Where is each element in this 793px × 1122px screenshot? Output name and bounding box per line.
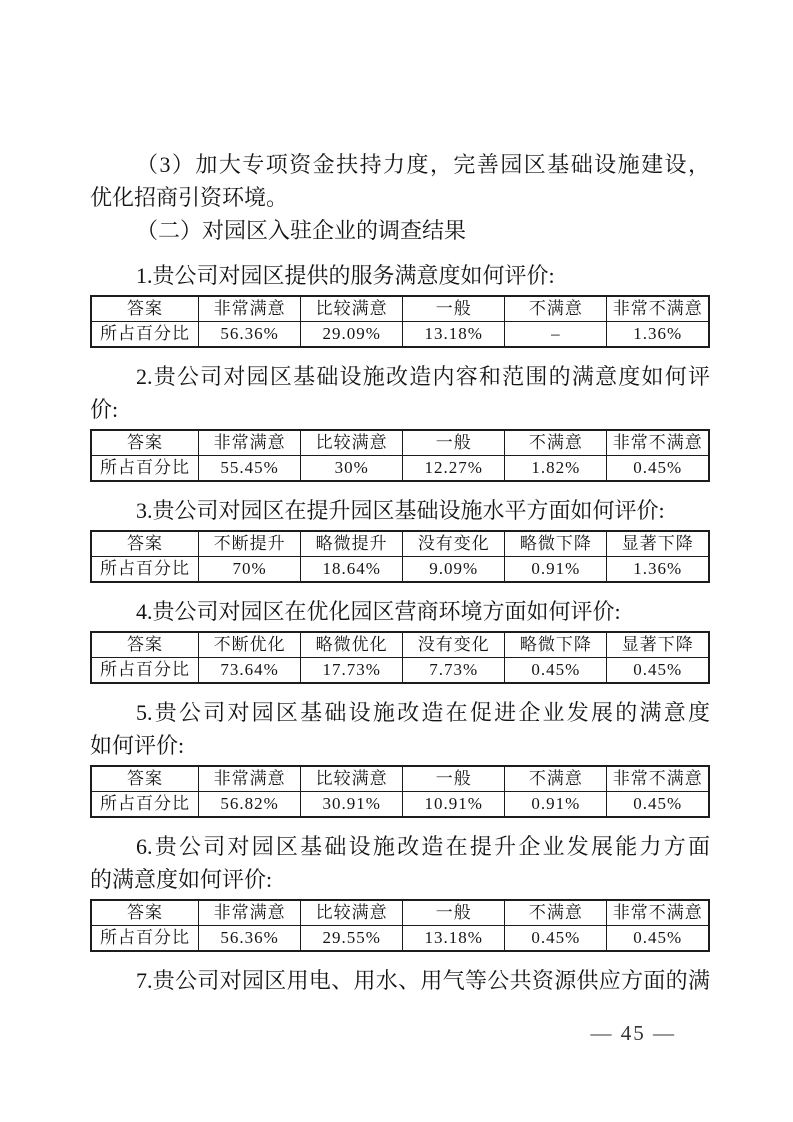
table-value-cell: 56.36%: [199, 926, 301, 952]
table-header-cell: 非常不满意: [607, 296, 709, 322]
survey-table-1: 答案 非常满意 比较满意 一般 不满意 非常不满意 所占百分比 56.36% 2…: [90, 295, 710, 348]
table-value-row: 所占百分比 56.82% 30.91% 10.91% 0.91% 0.45%: [91, 792, 709, 818]
table-value-cell: 56.82%: [199, 792, 301, 818]
table-header-row: 答案 不断优化 略微优化 没有变化 略微下降 显著下降: [91, 632, 709, 658]
table-value-row: 所占百分比 56.36% 29.09% 13.18% – 1.36%: [91, 322, 709, 348]
table-header-cell: 非常不满意: [607, 900, 709, 926]
percentage-label-cell: 所占百分比: [91, 658, 199, 684]
question-block-5: 5.贵公司对园区基础设施改造在促进企业发展的满意度 如何评价: 答案 非常满意 …: [90, 696, 710, 818]
percentage-label-cell: 所占百分比: [91, 456, 199, 482]
table-value-cell: 18.64%: [301, 557, 403, 583]
survey-table-2: 答案 非常满意 比较满意 一般 不满意 非常不满意 所占百分比 55.45% 3…: [90, 429, 710, 482]
table-value-cell: 0.45%: [607, 658, 709, 684]
table-value-cell: 1.82%: [505, 456, 607, 482]
table-header-cell: 不满意: [505, 296, 607, 322]
table-header-cell: 一般: [403, 766, 505, 792]
answer-label-cell: 答案: [91, 296, 199, 322]
paragraph-3-line-2: 优化招商引资环境。: [90, 181, 710, 214]
question-7-text: 7.贵公司对园区用电、用水、用气等公共资源供应方面的满: [90, 964, 710, 997]
paragraph-3-line-1: （3）加大专项资金扶持力度，完善园区基础设施建设，: [90, 148, 710, 181]
table-value-cell: 73.64%: [199, 658, 301, 684]
table-header-cell: 略微优化: [301, 632, 403, 658]
table-header-cell: 比较满意: [301, 766, 403, 792]
table-value-cell: 0.45%: [607, 792, 709, 818]
table-header-cell: 不满意: [505, 900, 607, 926]
question-2-text-line-2: 价:: [90, 393, 710, 426]
survey-table-6: 答案 非常满意 比较满意 一般 不满意 非常不满意 所占百分比 56.36% 2…: [90, 899, 710, 952]
table-value-cell: 0.91%: [505, 557, 607, 583]
table-header-cell: 非常不满意: [607, 430, 709, 456]
table-header-cell: 非常不满意: [607, 766, 709, 792]
table-value-row: 所占百分比 55.45% 30% 12.27% 1.82% 0.45%: [91, 456, 709, 482]
question-6-text-line-1: 6.贵公司对园区基础设施改造在提升企业发展能力方面: [90, 830, 710, 863]
question-block-6: 6.贵公司对园区基础设施改造在提升企业发展能力方面 的满意度如何评价: 答案 非…: [90, 830, 710, 952]
table-value-cell: 10.91%: [403, 792, 505, 818]
table-value-row: 所占百分比 70% 18.64% 9.09% 0.91% 1.36%: [91, 557, 709, 583]
table-header-cell: 略微提升: [301, 531, 403, 557]
table-value-cell: 0.45%: [607, 456, 709, 482]
question-block-3: 3.贵公司对园区在提升园区基础设施水平方面如何评价: 答案 不断提升 略微提升 …: [90, 494, 710, 583]
table-value-cell: –: [505, 322, 607, 348]
table-header-cell: 略微下降: [505, 531, 607, 557]
table-header-row: 答案 非常满意 比较满意 一般 不满意 非常不满意: [91, 900, 709, 926]
percentage-label-cell: 所占百分比: [91, 557, 199, 583]
answer-label-cell: 答案: [91, 632, 199, 658]
table-value-row: 所占百分比 56.36% 29.55% 13.18% 0.45% 0.45%: [91, 926, 709, 952]
table-value-cell: 7.73%: [403, 658, 505, 684]
table-value-cell: 0.91%: [505, 792, 607, 818]
question-2-text-line-1: 2.贵公司对园区基础设施改造内容和范围的满意度如何评: [90, 360, 710, 393]
table-header-cell: 非常满意: [199, 296, 301, 322]
question-block-4: 4.贵公司对园区在优化园区营商环境方面如何评价: 答案 不断优化 略微优化 没有…: [90, 595, 710, 684]
answer-label-cell: 答案: [91, 766, 199, 792]
table-header-cell: 没有变化: [403, 531, 505, 557]
table-header-cell: 略微下降: [505, 632, 607, 658]
question-4-text: 4.贵公司对园区在优化园区营商环境方面如何评价:: [90, 595, 710, 628]
table-value-cell: 29.09%: [301, 322, 403, 348]
document-page: （3）加大专项资金扶持力度，完善园区基础设施建设， 优化招商引资环境。 （二）对…: [0, 0, 793, 1122]
question-3-text: 3.贵公司对园区在提升园区基础设施水平方面如何评价:: [90, 494, 710, 527]
page-number: — 45 —: [90, 1021, 710, 1046]
percentage-label-cell: 所占百分比: [91, 926, 199, 952]
section-heading: （二）对园区入驻企业的调查结果: [90, 214, 710, 247]
table-header-cell: 显著下降: [607, 632, 709, 658]
table-header-cell: 一般: [403, 430, 505, 456]
table-value-cell: 13.18%: [403, 322, 505, 348]
question-5-text-line-2: 如何评价:: [90, 729, 710, 762]
question-block-7: 7.贵公司对园区用电、用水、用气等公共资源供应方面的满: [90, 964, 710, 997]
table-header-cell: 一般: [403, 296, 505, 322]
table-header-cell: 比较满意: [301, 296, 403, 322]
table-value-cell: 17.73%: [301, 658, 403, 684]
answer-label-cell: 答案: [91, 430, 199, 456]
table-header-cell: 非常满意: [199, 900, 301, 926]
table-value-cell: 30%: [301, 456, 403, 482]
table-header-row: 答案 非常满意 比较满意 一般 不满意 非常不满意: [91, 430, 709, 456]
table-header-cell: 一般: [403, 900, 505, 926]
percentage-label-cell: 所占百分比: [91, 322, 199, 348]
table-value-cell: 55.45%: [199, 456, 301, 482]
table-value-cell: 0.45%: [505, 926, 607, 952]
table-value-cell: 29.55%: [301, 926, 403, 952]
question-5-text-line-1: 5.贵公司对园区基础设施改造在促进企业发展的满意度: [90, 696, 710, 729]
question-1-text: 1.贵公司对园区提供的服务满意度如何评价:: [90, 259, 710, 292]
table-value-cell: 1.36%: [607, 557, 709, 583]
table-header-row: 答案 非常满意 比较满意 一般 不满意 非常不满意: [91, 766, 709, 792]
question-6-text-line-2: 的满意度如何评价:: [90, 863, 710, 896]
table-header-cell: 不满意: [505, 766, 607, 792]
table-header-cell: 非常满意: [199, 766, 301, 792]
table-value-cell: 56.36%: [199, 322, 301, 348]
table-header-cell: 不断优化: [199, 632, 301, 658]
question-block-1: 1.贵公司对园区提供的服务满意度如何评价: 答案 非常满意 比较满意 一般 不满…: [90, 259, 710, 348]
table-header-cell: 没有变化: [403, 632, 505, 658]
table-value-cell: 13.18%: [403, 926, 505, 952]
table-header-row: 答案 不断提升 略微提升 没有变化 略微下降 显著下降: [91, 531, 709, 557]
table-header-cell: 比较满意: [301, 430, 403, 456]
table-value-row: 所占百分比 73.64% 17.73% 7.73% 0.45% 0.45%: [91, 658, 709, 684]
table-header-cell: 不断提升: [199, 531, 301, 557]
percentage-label-cell: 所占百分比: [91, 792, 199, 818]
question-block-2: 2.贵公司对园区基础设施改造内容和范围的满意度如何评 价: 答案 非常满意 比较…: [90, 360, 710, 482]
table-header-cell: 不满意: [505, 430, 607, 456]
table-value-cell: 9.09%: [403, 557, 505, 583]
table-value-cell: 0.45%: [505, 658, 607, 684]
answer-label-cell: 答案: [91, 531, 199, 557]
table-header-cell: 显著下降: [607, 531, 709, 557]
table-header-row: 答案 非常满意 比较满意 一般 不满意 非常不满意: [91, 296, 709, 322]
table-value-cell: 70%: [199, 557, 301, 583]
table-value-cell: 0.45%: [607, 926, 709, 952]
table-value-cell: 1.36%: [607, 322, 709, 348]
answer-label-cell: 答案: [91, 900, 199, 926]
table-value-cell: 30.91%: [301, 792, 403, 818]
table-header-cell: 比较满意: [301, 900, 403, 926]
table-value-cell: 12.27%: [403, 456, 505, 482]
survey-table-3: 答案 不断提升 略微提升 没有变化 略微下降 显著下降 所占百分比 70% 18…: [90, 530, 710, 583]
survey-table-5: 答案 非常满意 比较满意 一般 不满意 非常不满意 所占百分比 56.82% 3…: [90, 765, 710, 818]
table-header-cell: 非常满意: [199, 430, 301, 456]
survey-table-4: 答案 不断优化 略微优化 没有变化 略微下降 显著下降 所占百分比 73.64%…: [90, 631, 710, 684]
